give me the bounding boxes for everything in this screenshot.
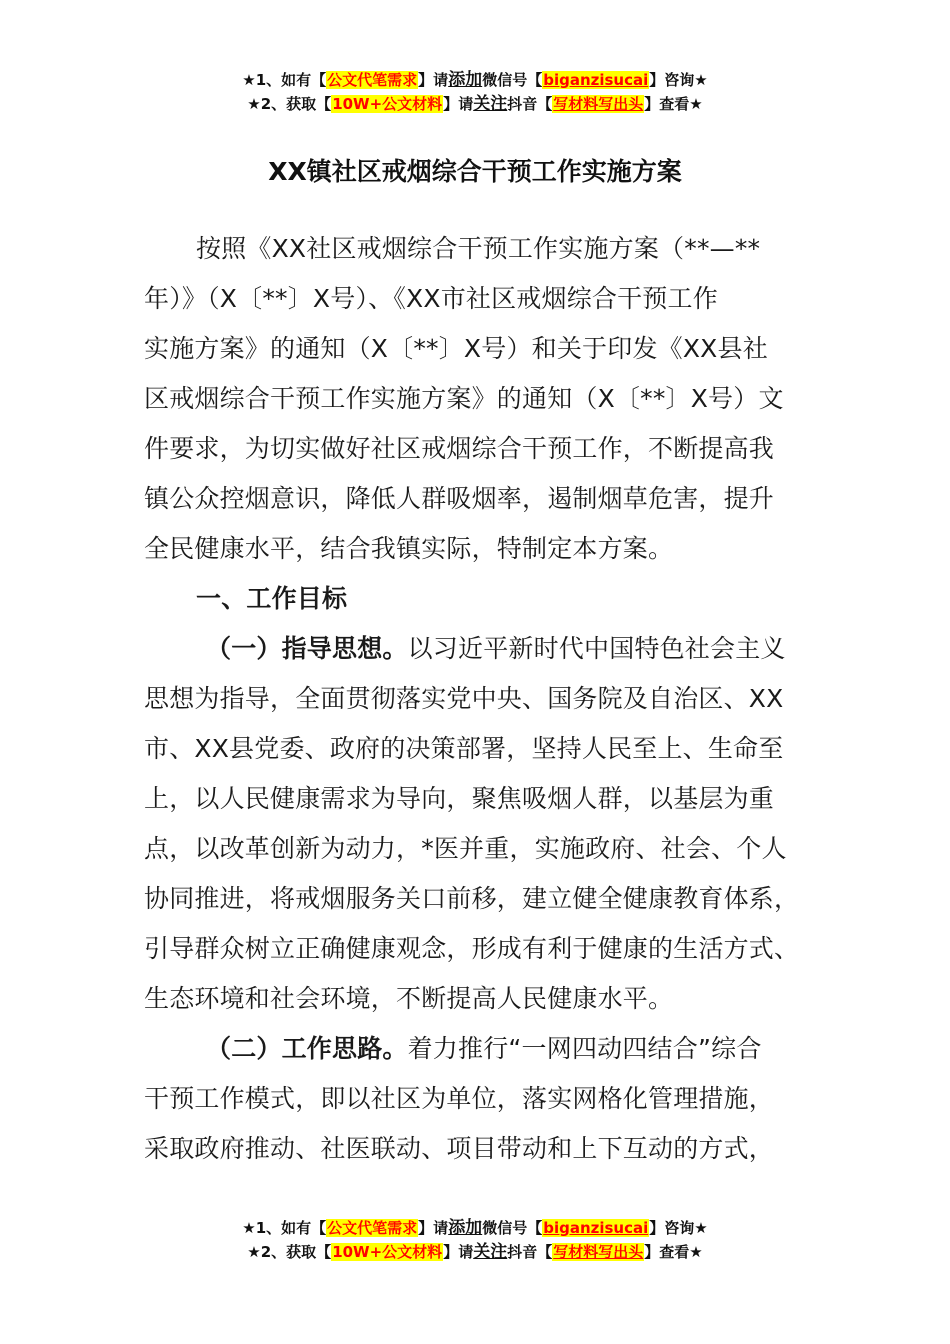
paragraph-line: 市、XX县党委、政府的决策部署，坚持人民至上、生命至 — [144, 724, 804, 774]
paragraph-line: 点，以改革创新为动力，*医并重，实施政府、社会、个人 — [144, 824, 804, 874]
promo-underline-follow: 关注 — [473, 94, 507, 114]
intro-line: 区戒烟综合干预工作实施方案》的通知（X〔**〕X号）文 — [144, 374, 804, 424]
subsection-guiding-thought-first-line: （一）指导思想。以习近平新时代中国特色社会主义 — [144, 624, 804, 674]
document-title: XX镇社区戒烟综合干预工作实施方案 — [0, 152, 950, 192]
promo-text: 】请 — [418, 1219, 448, 1237]
promo-wechat-id: biganzisucai — [542, 1219, 649, 1237]
intro-line: 镇公众控烟意识，降低人群吸烟率，遏制烟草危害，提升 — [144, 474, 804, 524]
promo-douyin-id: 写材料写出头 — [552, 95, 644, 113]
promo-highlight-service: 公文代笔需求 — [326, 71, 418, 89]
promo-line-2: ★2、获取【10W+公文材料】请关注抖音【写材料写出头】查看★ — [0, 92, 950, 116]
promo-underline-follow: 关注 — [473, 1242, 507, 1262]
promo-wechat-id: biganzisucai — [542, 71, 649, 89]
paragraph-text: 着力推行“一网四动四结合”综合 — [408, 1034, 762, 1063]
promo-text: 抖音【 — [507, 95, 552, 113]
promo-text: ★1、如有【 — [242, 1219, 326, 1237]
promo-text: 】请 — [443, 95, 473, 113]
intro-line: 全民健康水平，结合我镇实际，特制定本方案。 — [144, 524, 804, 574]
subsection-work-approach-first-line: （二）工作思路。着力推行“一网四动四结合”综合 — [144, 1024, 804, 1074]
paragraph-line: 干预工作模式，即以社区为单位，落实网格化管理措施， — [144, 1074, 804, 1124]
promo-line-1: ★1、如有【公文代笔需求】请添加微信号【biganzisucai】咨询★ — [0, 1216, 950, 1240]
paragraph-line: 思想为指导，全面贯彻落实党中央、国务院及自治区、XX — [144, 674, 804, 724]
promo-text: 微信号【 — [482, 1219, 542, 1237]
paragraph-line: 采取政府推动、社医联动、项目带动和上下互动的方式， — [144, 1124, 804, 1174]
promo-header: ★1、如有【公文代笔需求】请添加微信号【biganzisucai】咨询★ ★2、… — [0, 68, 950, 116]
subsection-lead-work-approach: （二）工作思路。 — [206, 1034, 408, 1063]
paragraph-line: 上，以人民健康需求为导向，聚焦吸烟人群，以基层为重 — [144, 774, 804, 824]
paragraph-line: 生态环境和社会环境，不断提高人民健康水平。 — [144, 974, 804, 1024]
promo-underline-add: 添加 — [448, 70, 482, 90]
document-body: 按照《XX社区戒烟综合干预工作实施方案（**—** 年）》（X〔**〕X号）、《… — [144, 224, 804, 1174]
paragraph-text: 以习近平新时代中国特色社会主义 — [408, 634, 786, 663]
promo-footer: ★1、如有【公文代笔需求】请添加微信号【biganzisucai】咨询★ ★2、… — [0, 1216, 950, 1264]
promo-highlight-service: 公文代笔需求 — [326, 1219, 418, 1237]
intro-line: 实施方案》的通知（X〔**〕X号）和关于印发《XX县社 — [144, 324, 804, 374]
promo-line-1: ★1、如有【公文代笔需求】请添加微信号【biganzisucai】咨询★ — [0, 68, 950, 92]
paragraph-line: 协同推进，将戒烟服务关口前移，建立健全健康教育体系， — [144, 874, 804, 924]
intro-line: 件要求，为切实做好社区戒烟综合干预工作，不断提高我 — [144, 424, 804, 474]
intro-line: 按照《XX社区戒烟综合干预工作实施方案（**—** — [144, 224, 804, 274]
promo-text: 】请 — [443, 1243, 473, 1261]
promo-line-2: ★2、获取【10W+公文材料】请关注抖音【写材料写出头】查看★ — [0, 1240, 950, 1264]
promo-text: ★1、如有【 — [242, 71, 326, 89]
section-heading-goals: 一、工作目标 — [144, 574, 804, 624]
promo-text: 】查看★ — [644, 95, 702, 113]
promo-text: 】查看★ — [644, 1243, 702, 1261]
paragraph-line: 引导群众树立正确健康观念，形成有利于健康的生活方式、 — [144, 924, 804, 974]
promo-text: 微信号【 — [482, 71, 542, 89]
promo-text: 抖音【 — [507, 1243, 552, 1261]
intro-line: 年）》（X〔**〕X号）、《XX市社区戒烟综合干预工作 — [144, 274, 804, 324]
promo-douyin-id: 写材料写出头 — [552, 1243, 644, 1261]
promo-text: ★2、获取【 — [247, 95, 331, 113]
promo-text: 】咨询★ — [649, 71, 707, 89]
promo-text: ★2、获取【 — [247, 1243, 331, 1261]
promo-text: 】咨询★ — [649, 1219, 707, 1237]
promo-underline-add: 添加 — [448, 1218, 482, 1238]
subsection-lead-guiding-thought: （一）指导思想。 — [206, 634, 408, 663]
promo-highlight-materials: 10W+公文材料 — [331, 1243, 443, 1261]
promo-text: 】请 — [418, 71, 448, 89]
promo-highlight-materials: 10W+公文材料 — [331, 95, 443, 113]
